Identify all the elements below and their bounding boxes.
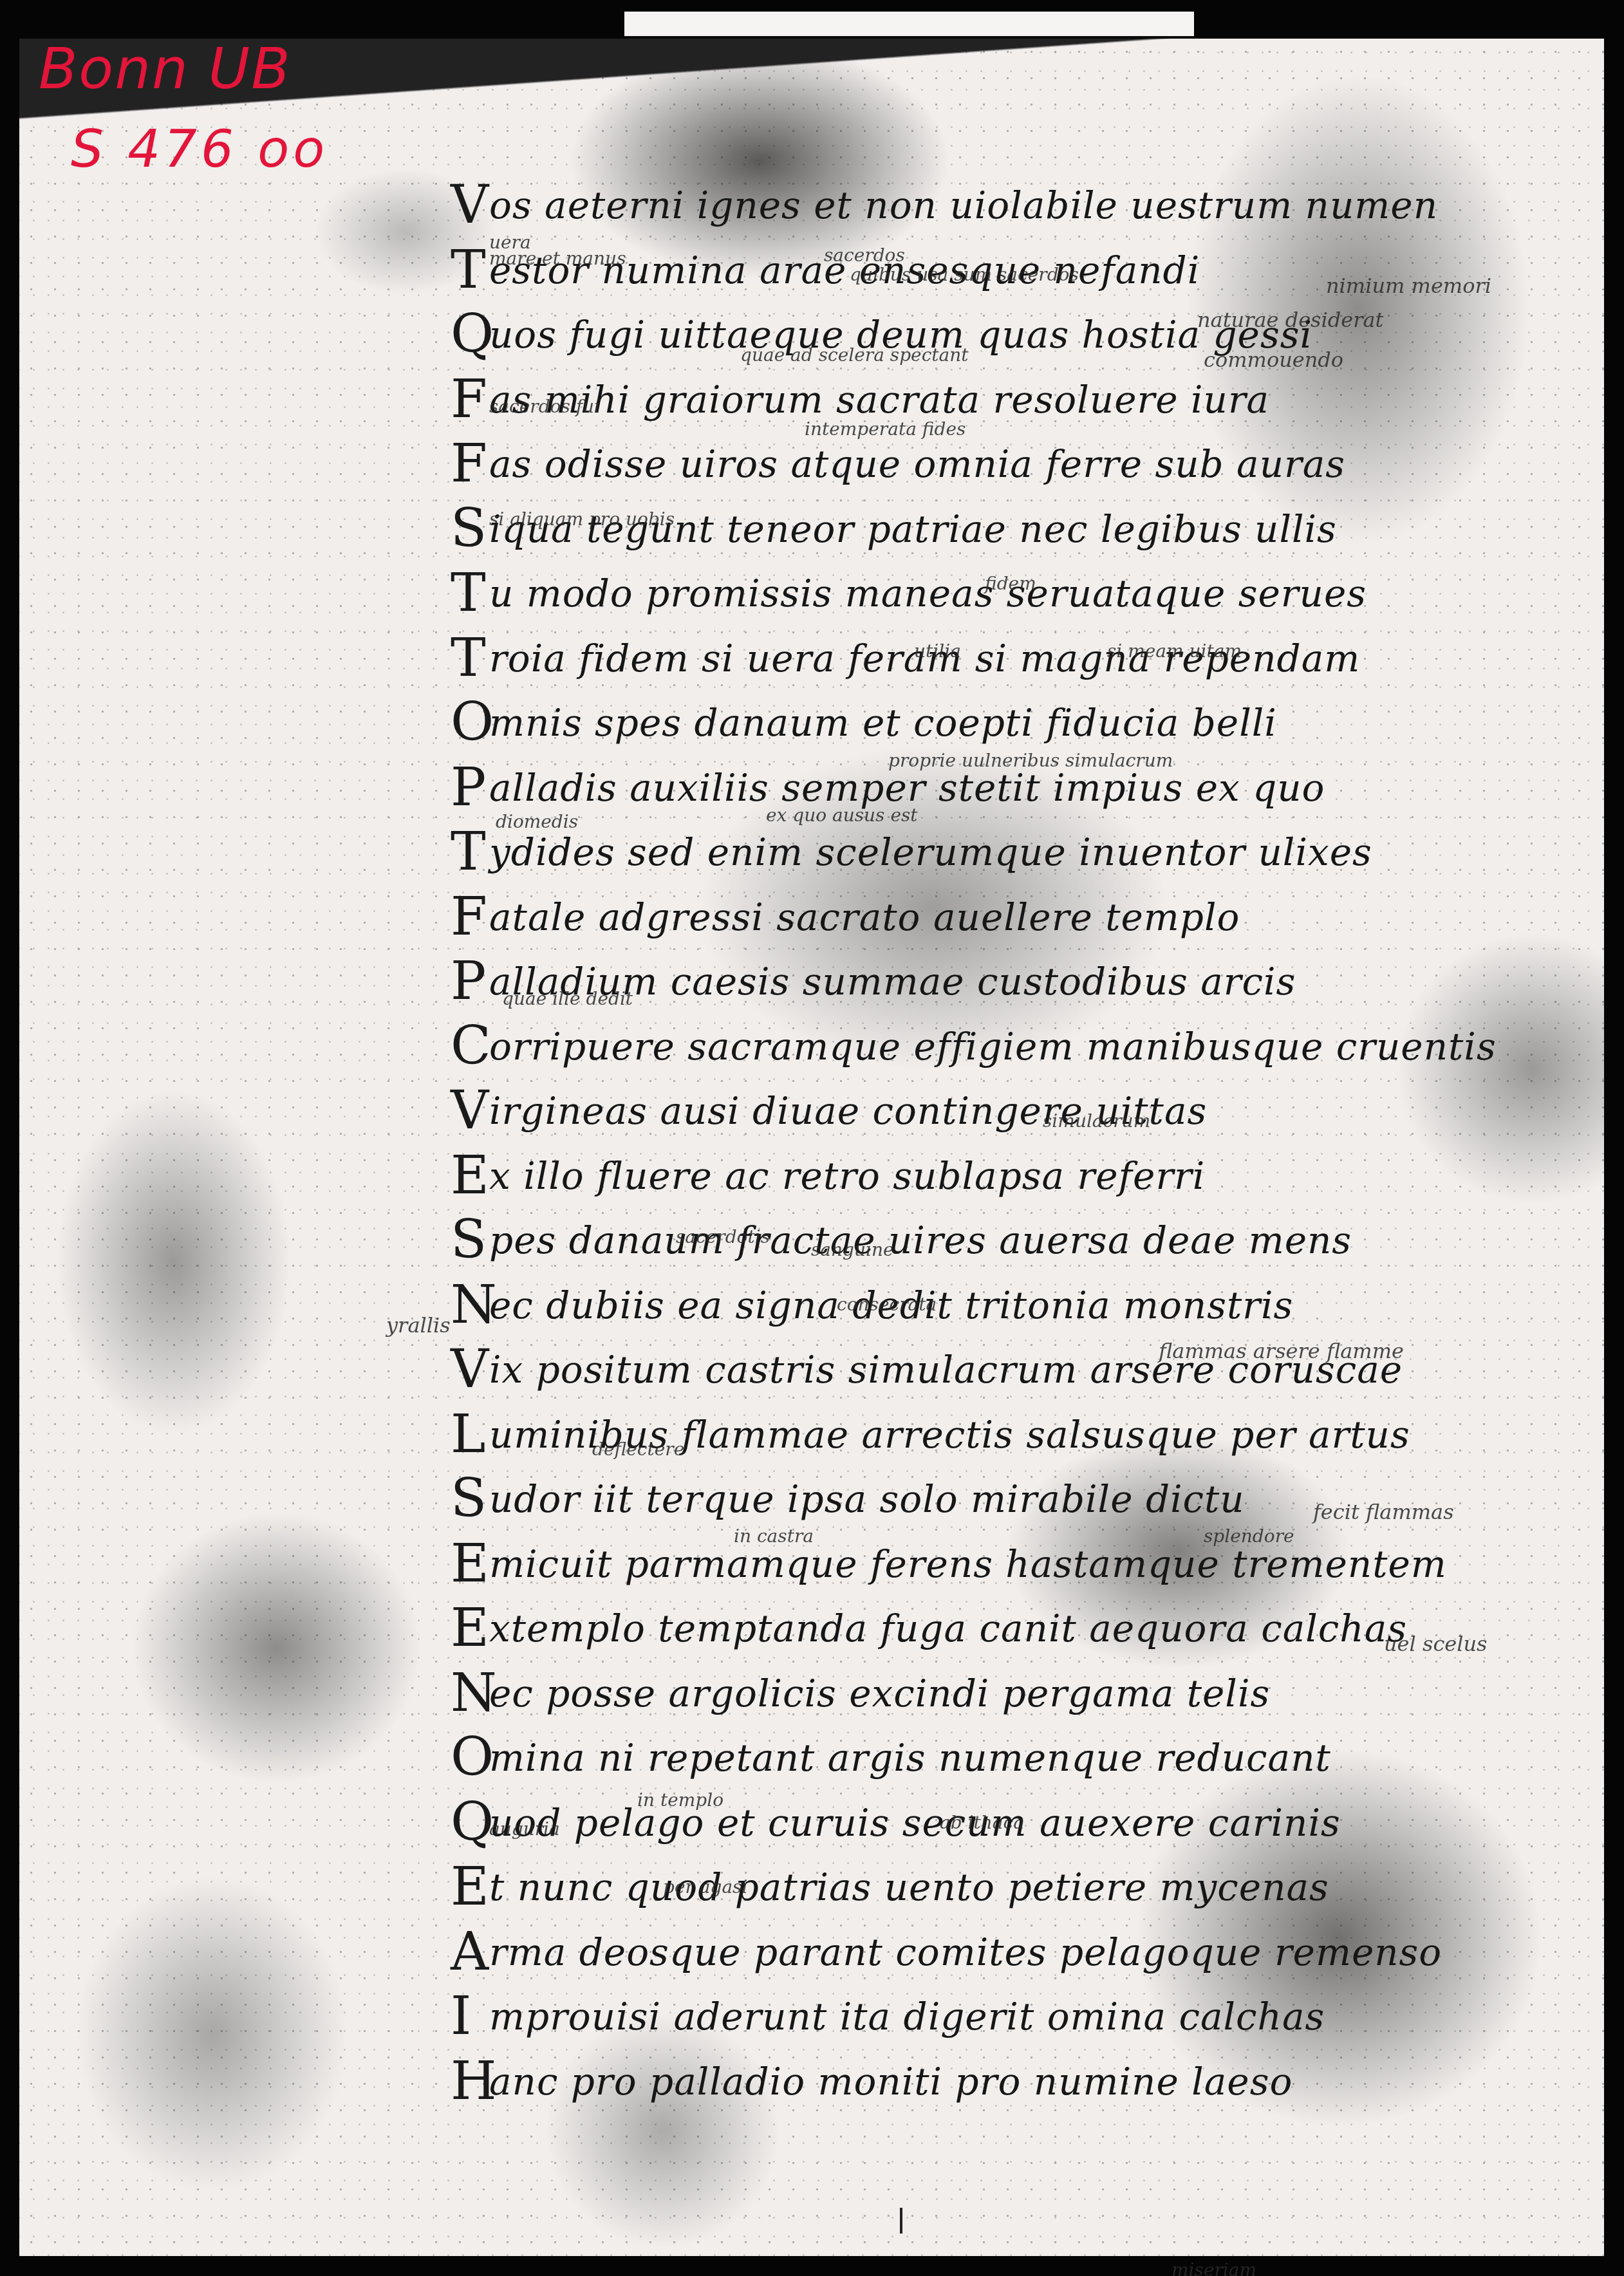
line-initial: T [451, 563, 487, 624]
line-initial: T [451, 239, 487, 301]
line-initial: S [451, 1209, 487, 1271]
line-text: ec posse argolicis excindi pergama telis [489, 1672, 1270, 1715]
manuscript-line: Emicuit parmamque ferens hastamque treme… [463, 1542, 1447, 1586]
line-initial: E [451, 1856, 490, 1917]
line-text: os aeterni ignes et non uiolabile uestru… [489, 183, 1438, 227]
margin-gloss: yrallis [386, 1313, 451, 1338]
line-text: micuit parmamque ferens hastamque tremen… [489, 1542, 1447, 1586]
interlinear-gloss: sacerdos fui [489, 396, 600, 417]
line-initial: P [451, 757, 487, 818]
line-initial: E [451, 1533, 490, 1594]
interlinear-gloss: sanguine [811, 1239, 894, 1260]
line-text: rma deosque parant comites pelagoque rem… [489, 1930, 1442, 1974]
line-text: xtemplo temptanda fuga canit aequora cal… [489, 1607, 1407, 1650]
line-initial: N [451, 1663, 498, 1724]
interlinear-gloss: intemperata fides [805, 418, 966, 440]
interlinear-gloss: sacerdotis [676, 1226, 770, 1247]
interlinear-gloss: si aliquam pro uobis [489, 508, 675, 530]
manuscript-line: Omina ni repetant argis numenque reducan… [463, 1736, 1331, 1780]
interlinear-gloss: proprie uulneribus simulacrum [888, 750, 1173, 771]
manuscript-line: Arma deosque parant comites pelagoque re… [463, 1930, 1442, 1974]
interlinear-gloss: consecrata [837, 1294, 937, 1315]
line-text: ydides sed enim scelerumque inuentor uli… [489, 830, 1372, 874]
manuscript-line: Spes danaum fractae uires auersa deae me… [463, 1218, 1352, 1262]
line-initial: V [451, 1339, 489, 1400]
manuscript-line: Corripuere sacramque effigiem manibusque… [463, 1025, 1497, 1068]
line-text: uod pelago et curuis secum auexere carin… [489, 1801, 1341, 1845]
manuscript-line: Sudor iit terque ipsa solo mirabile dict… [463, 1477, 1245, 1521]
interlinear-gloss: in templo [637, 1789, 723, 1811]
interlinear-gloss: si meam uitam [1107, 640, 1242, 662]
manuscript-line: Palladis auxiliis semper stetit impius e… [463, 766, 1325, 810]
line-initial: V [451, 1080, 489, 1141]
margin-gloss: flammas arsere flamme [1159, 1339, 1404, 1363]
parchment-speckle [19, 39, 1604, 2256]
line-text: t nunc quod patrias uento petiere mycena… [489, 1865, 1329, 1909]
line-initial: F [451, 369, 488, 430]
line-initial: E [451, 1598, 490, 1659]
manuscript-line: Quod pelago et curuis secum auexere cari… [463, 1801, 1341, 1845]
interlinear-gloss: ex quo ausus est [766, 805, 918, 826]
line-initial: V [451, 174, 489, 236]
manuscript-line: Omnis spes danaum et coepti fiducia bell… [463, 701, 1277, 745]
interlinear-gloss: utilia [914, 640, 961, 662]
line-initial: P [451, 951, 487, 1012]
interlinear-gloss: diomedis [496, 811, 578, 832]
shelfmark-number: S 476 oo [71, 119, 328, 179]
line-initial: I [451, 1986, 472, 2047]
line-initial: H [451, 2051, 498, 2112]
line-text: mprouisi aderunt ita digerit omina calch… [489, 1995, 1325, 2038]
interlinear-gloss: deflectere [592, 1439, 684, 1460]
line-initial: T [451, 821, 487, 882]
manuscript-line: Fas odisse uiros atque omnia ferre sub a… [463, 442, 1345, 486]
line-initial: F [451, 433, 488, 494]
interlinear-gloss: simulacrum [1043, 1110, 1150, 1132]
manuscript-line: Hanc pro palladio moniti pro numine laes… [463, 2060, 1293, 2103]
line-initial: O [451, 1727, 494, 1788]
interlinear-gloss: sacerdos [824, 245, 905, 266]
line-text: as mihi graiorum sacrata resoluere iura [489, 378, 1269, 422]
white-card-strip [624, 12, 1194, 37]
bottom-catchmark [900, 2208, 902, 2234]
line-text: orripuere sacramque effigiem manibusque … [489, 1025, 1497, 1068]
interlinear-gloss: splendore [1204, 1525, 1294, 1547]
line-initial: N [451, 1274, 498, 1336]
interlinear-gloss: quae ad scelera spectant [740, 344, 969, 366]
manuscript-line: Vos aeterni ignes et non uiolabile uestr… [463, 183, 1438, 227]
line-text: udor iit terque ipsa solo mirabile dictu [489, 1477, 1245, 1521]
manuscript-line: Improuisi aderunt ita digerit omina calc… [463, 1995, 1325, 2038]
interlinear-gloss: mare et manus [489, 248, 626, 269]
line-text: x illo fluere ac retro sublapsa referri [489, 1154, 1205, 1198]
interlinear-gloss: per agasi [663, 1876, 747, 1898]
line-text: mina ni repetant argis numenque reducant [489, 1736, 1331, 1780]
margin-gloss: naturae desiderat [1197, 308, 1383, 332]
margin-gloss: uel scelus [1384, 1632, 1488, 1656]
line-initial: L [451, 1404, 486, 1465]
line-initial: T [451, 628, 487, 689]
manuscript-line: Extemplo temptanda fuga canit aequora ca… [463, 1607, 1407, 1650]
line-initial: C [451, 1016, 492, 1077]
manuscript-line: Et nunc quod patrias uento petiere mycen… [463, 1865, 1329, 1909]
margin-gloss: commouendo [1204, 348, 1343, 372]
shelfmark-library: Bonn UB [39, 35, 292, 102]
manuscript-line: Tu modo promissis maneas seruataque seru… [463, 572, 1367, 615]
line-text: as odisse uiros atque omnia ferre sub au… [489, 442, 1345, 486]
line-initial: Q [451, 1792, 494, 1853]
line-initial: S [451, 498, 487, 559]
manuscript-line: Ex illo fluere ac retro sublapsa referri [463, 1154, 1205, 1198]
manuscript-leaf [19, 39, 1604, 2256]
line-initial: O [451, 692, 494, 753]
interlinear-gloss: in castra [734, 1525, 814, 1547]
line-text: u modo promissis maneas seruataque serue… [489, 572, 1367, 615]
manuscript-line: Fatale adgressi sacrato auellere templo [463, 895, 1240, 939]
manuscript-line: Tydides sed enim scelerumque inuentor ul… [463, 830, 1372, 874]
interlinear-gloss: miseriam [1171, 2259, 1256, 2276]
line-text: pes danaum fractae uires auersa deae men… [489, 1218, 1352, 1262]
interlinear-gloss: fidem [985, 573, 1036, 594]
interlinear-gloss: auguria [489, 1818, 560, 1840]
margin-gloss: nimium memori [1326, 274, 1491, 298]
manuscript-line: Nec posse argolicis excindi pergama teli… [463, 1672, 1270, 1715]
interlinear-gloss: ab ithaca [940, 1812, 1024, 1833]
line-text: mnis spes danaum et coepti fiducia belli [489, 701, 1277, 745]
line-initial: A [451, 1921, 489, 1982]
line-text: anc pro palladio moniti pro numine laeso [489, 2060, 1293, 2103]
line-initial: Q [451, 304, 494, 365]
interlinear-gloss: quibus usa sum sacerdos [850, 264, 1079, 285]
line-text: alladis auxiliis semper stetit impius ex… [489, 766, 1325, 810]
line-initial: S [451, 1468, 487, 1529]
interlinear-gloss: quae ille dedit [502, 988, 633, 1009]
line-text: atale adgressi sacrato auellere templo [489, 895, 1240, 939]
line-initial: F [451, 886, 488, 947]
margin-gloss: fecit flammas [1313, 1500, 1454, 1524]
line-initial: E [451, 1145, 490, 1206]
